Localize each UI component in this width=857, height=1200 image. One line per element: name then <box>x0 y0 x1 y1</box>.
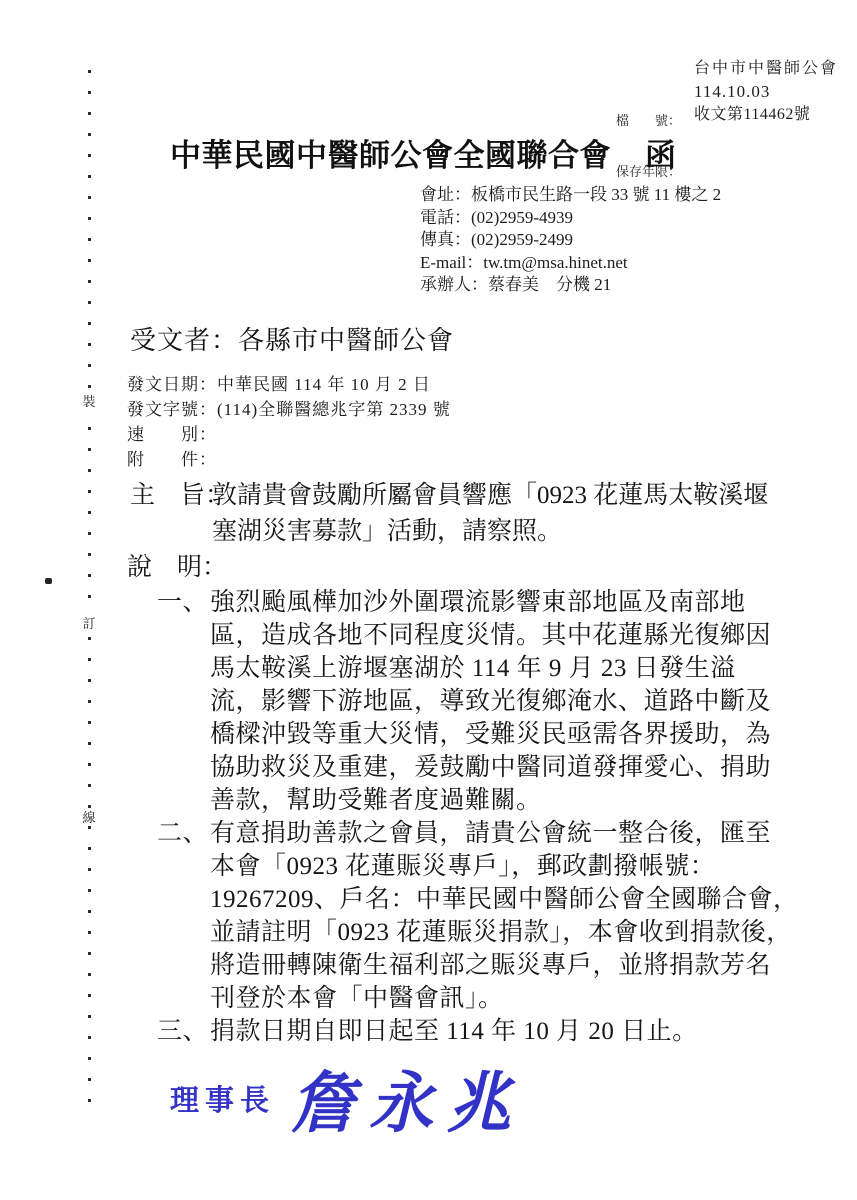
document-page: 裝 訂 線 檔 號： 保存年限： 台中市中醫師公會 114.10.03 收文第1… <box>0 0 857 1200</box>
item-line: 區，造成各地不同程度災情。其中花蓮縣光復鄉因 <box>210 619 782 652</box>
contact-line: 承辦人：蔡春美 分機 21 <box>420 274 721 297</box>
chairman-title: 理事長 <box>170 1078 275 1119</box>
receipt-stamp: 台中市中醫師公會 114.10.03 收文第114462號 <box>694 57 838 126</box>
item-line: 協助救災及重建，爰鼓勵中醫同道發揮愛心、捐助 <box>210 751 782 784</box>
binding-mark: 訂 <box>81 616 97 631</box>
item-text: 捐款日期自即日起至 114 年 10 月 20 日止。 <box>210 1015 782 1048</box>
explanation-item: 二、 有意捐助善款之會員，請貴公會統一整合後，匯至 本會「0923 花蓮賑災專戶… <box>127 817 782 1015</box>
receipt-stamp-org: 台中市中醫師公會 <box>694 57 838 80</box>
item-text: 強烈颱風樺加沙外圍環流影響東部地區及南部地 區，造成各地不同程度災情。其中花蓮縣… <box>210 586 782 817</box>
item-line: 19267209、戶名：中華民國中醫師公會全國聯合會， <box>210 883 782 916</box>
item-line: 強烈颱風樺加沙外圍環流影響東部地區及南部地 <box>210 586 782 619</box>
item-line: 馬太鞍溪上游堰塞湖於 114 年 9 月 23 日發生溢 <box>210 652 782 685</box>
meta-label: 速 別： <box>127 425 217 444</box>
binding-mark: 線 <box>81 810 97 825</box>
meta-row: 附 件： <box>127 447 782 472</box>
contact-line: E-mail：tw.tm@msa.hinet.net <box>420 252 721 275</box>
contact-line: 電話：(02)2959-4939 <box>420 207 721 230</box>
contact-block: 會址：板橋市民生路一段 33 號 11 樓之 2 電話：(02)2959-493… <box>420 184 721 297</box>
chairman-signature: 詹永兆 <box>291 1050 525 1146</box>
meta-row: 速 別： <box>127 422 782 447</box>
meta-row: 發文日期：中華民國 114 年 10 月 2 日 <box>127 372 782 397</box>
item-marker: 三、 <box>157 1015 208 1048</box>
subject-line: 塞湖災害募款」活動，請察照。 <box>212 514 782 550</box>
subject-label: 主 旨： <box>130 478 230 514</box>
meta-value: (114)全聯醫總兆字第 2339 號 <box>217 400 451 419</box>
item-line: 善款，幫助受難者度過難關。 <box>210 784 782 817</box>
meta-value: 中華民國 114 年 10 月 2 日 <box>217 375 431 394</box>
contact-line: 會址：板橋市民生路一段 33 號 11 樓之 2 <box>420 184 721 207</box>
file-no-label: 檔 號： <box>616 112 681 129</box>
meta-row: 發文字號：(114)全聯醫總兆字第 2339 號 <box>127 397 782 422</box>
receipt-stamp-number: 收文第114462號 <box>694 103 838 126</box>
signature-block: 理事長 詹永兆 <box>170 1056 525 1140</box>
meta-label: 發文字號： <box>127 400 217 419</box>
ink-dot <box>45 578 52 584</box>
item-line: 本會「0923 花蓮賑災專戶」，郵政劃撥帳號： <box>210 850 782 883</box>
meta-label: 附 件： <box>127 450 217 469</box>
document-title: 中華民國中醫師公會全國聯合會函 <box>170 130 677 175</box>
subject-line: 敦請貴會鼓勵所屬會員響應「0923 花蓮馬太鞍溪堰 <box>212 478 782 514</box>
contact-line: 傳真：(02)2959-2499 <box>420 229 721 252</box>
receipt-stamp-date: 114.10.03 <box>694 80 838 103</box>
meta-label: 發文日期： <box>127 375 217 394</box>
item-text: 有意捐助善款之會員，請貴公會統一整合後，匯至 本會「0923 花蓮賑災專戶」，郵… <box>210 817 782 1015</box>
explanation-item: 一、 強烈颱風樺加沙外圍環流影響東部地區及南部地 區，造成各地不同程度災情。其中… <box>127 586 782 817</box>
meta-rows: 發文日期：中華民國 114 年 10 月 2 日 發文字號：(114)全聯醫總兆… <box>127 372 782 472</box>
item-marker: 二、 <box>157 817 208 850</box>
item-line: 刊登於本會「中醫會訊」。 <box>210 982 782 1015</box>
subject-text: 敦請貴會鼓勵所屬會員響應「0923 花蓮馬太鞍溪堰 塞湖災害募款」活動，請察照。 <box>212 478 782 550</box>
item-line: 橋樑沖毀等重大災情，受難災民亟需各界援助，為 <box>210 718 782 751</box>
item-line: 並請註明「0923 花蓮賑災捐款」，本會收到捐款後， <box>210 916 782 949</box>
binding-mark: 裝 <box>81 394 97 409</box>
item-line: 捐款日期自即日起至 114 年 10 月 20 日止。 <box>210 1015 782 1048</box>
document-body: 發文日期：中華民國 114 年 10 月 2 日 發文字號：(114)全聯醫總兆… <box>127 372 782 1048</box>
explanation-label: 說 明： <box>127 550 782 586</box>
explanation-items: 一、 強烈颱風樺加沙外圍環流影響東部地區及南部地 區，造成各地不同程度災情。其中… <box>127 586 782 1048</box>
recipient-line: 受文者：各縣市中醫師公會 <box>130 320 454 357</box>
explanation-item: 三、 捐款日期自即日起至 114 年 10 月 20 日止。 <box>127 1015 782 1048</box>
item-marker: 一、 <box>157 586 208 619</box>
document-type: 函 <box>645 138 677 173</box>
issuing-org-name: 中華民國中醫師公會全國聯合會 <box>170 138 611 173</box>
subject-section: 主 旨： 敦請貴會鼓勵所屬會員響應「0923 花蓮馬太鞍溪堰 塞湖災害募款」活動… <box>127 478 782 550</box>
binding-dotted-line <box>88 70 91 1118</box>
item-line: 有意捐助善款之會員，請貴公會統一整合後，匯至 <box>210 817 782 850</box>
item-line: 將造冊轉陳衛生福利部之賑災專戶，並將捐款芳名 <box>210 949 782 982</box>
item-line: 流，影響下游地區，導致光復鄉淹水、道路中斷及 <box>210 685 782 718</box>
